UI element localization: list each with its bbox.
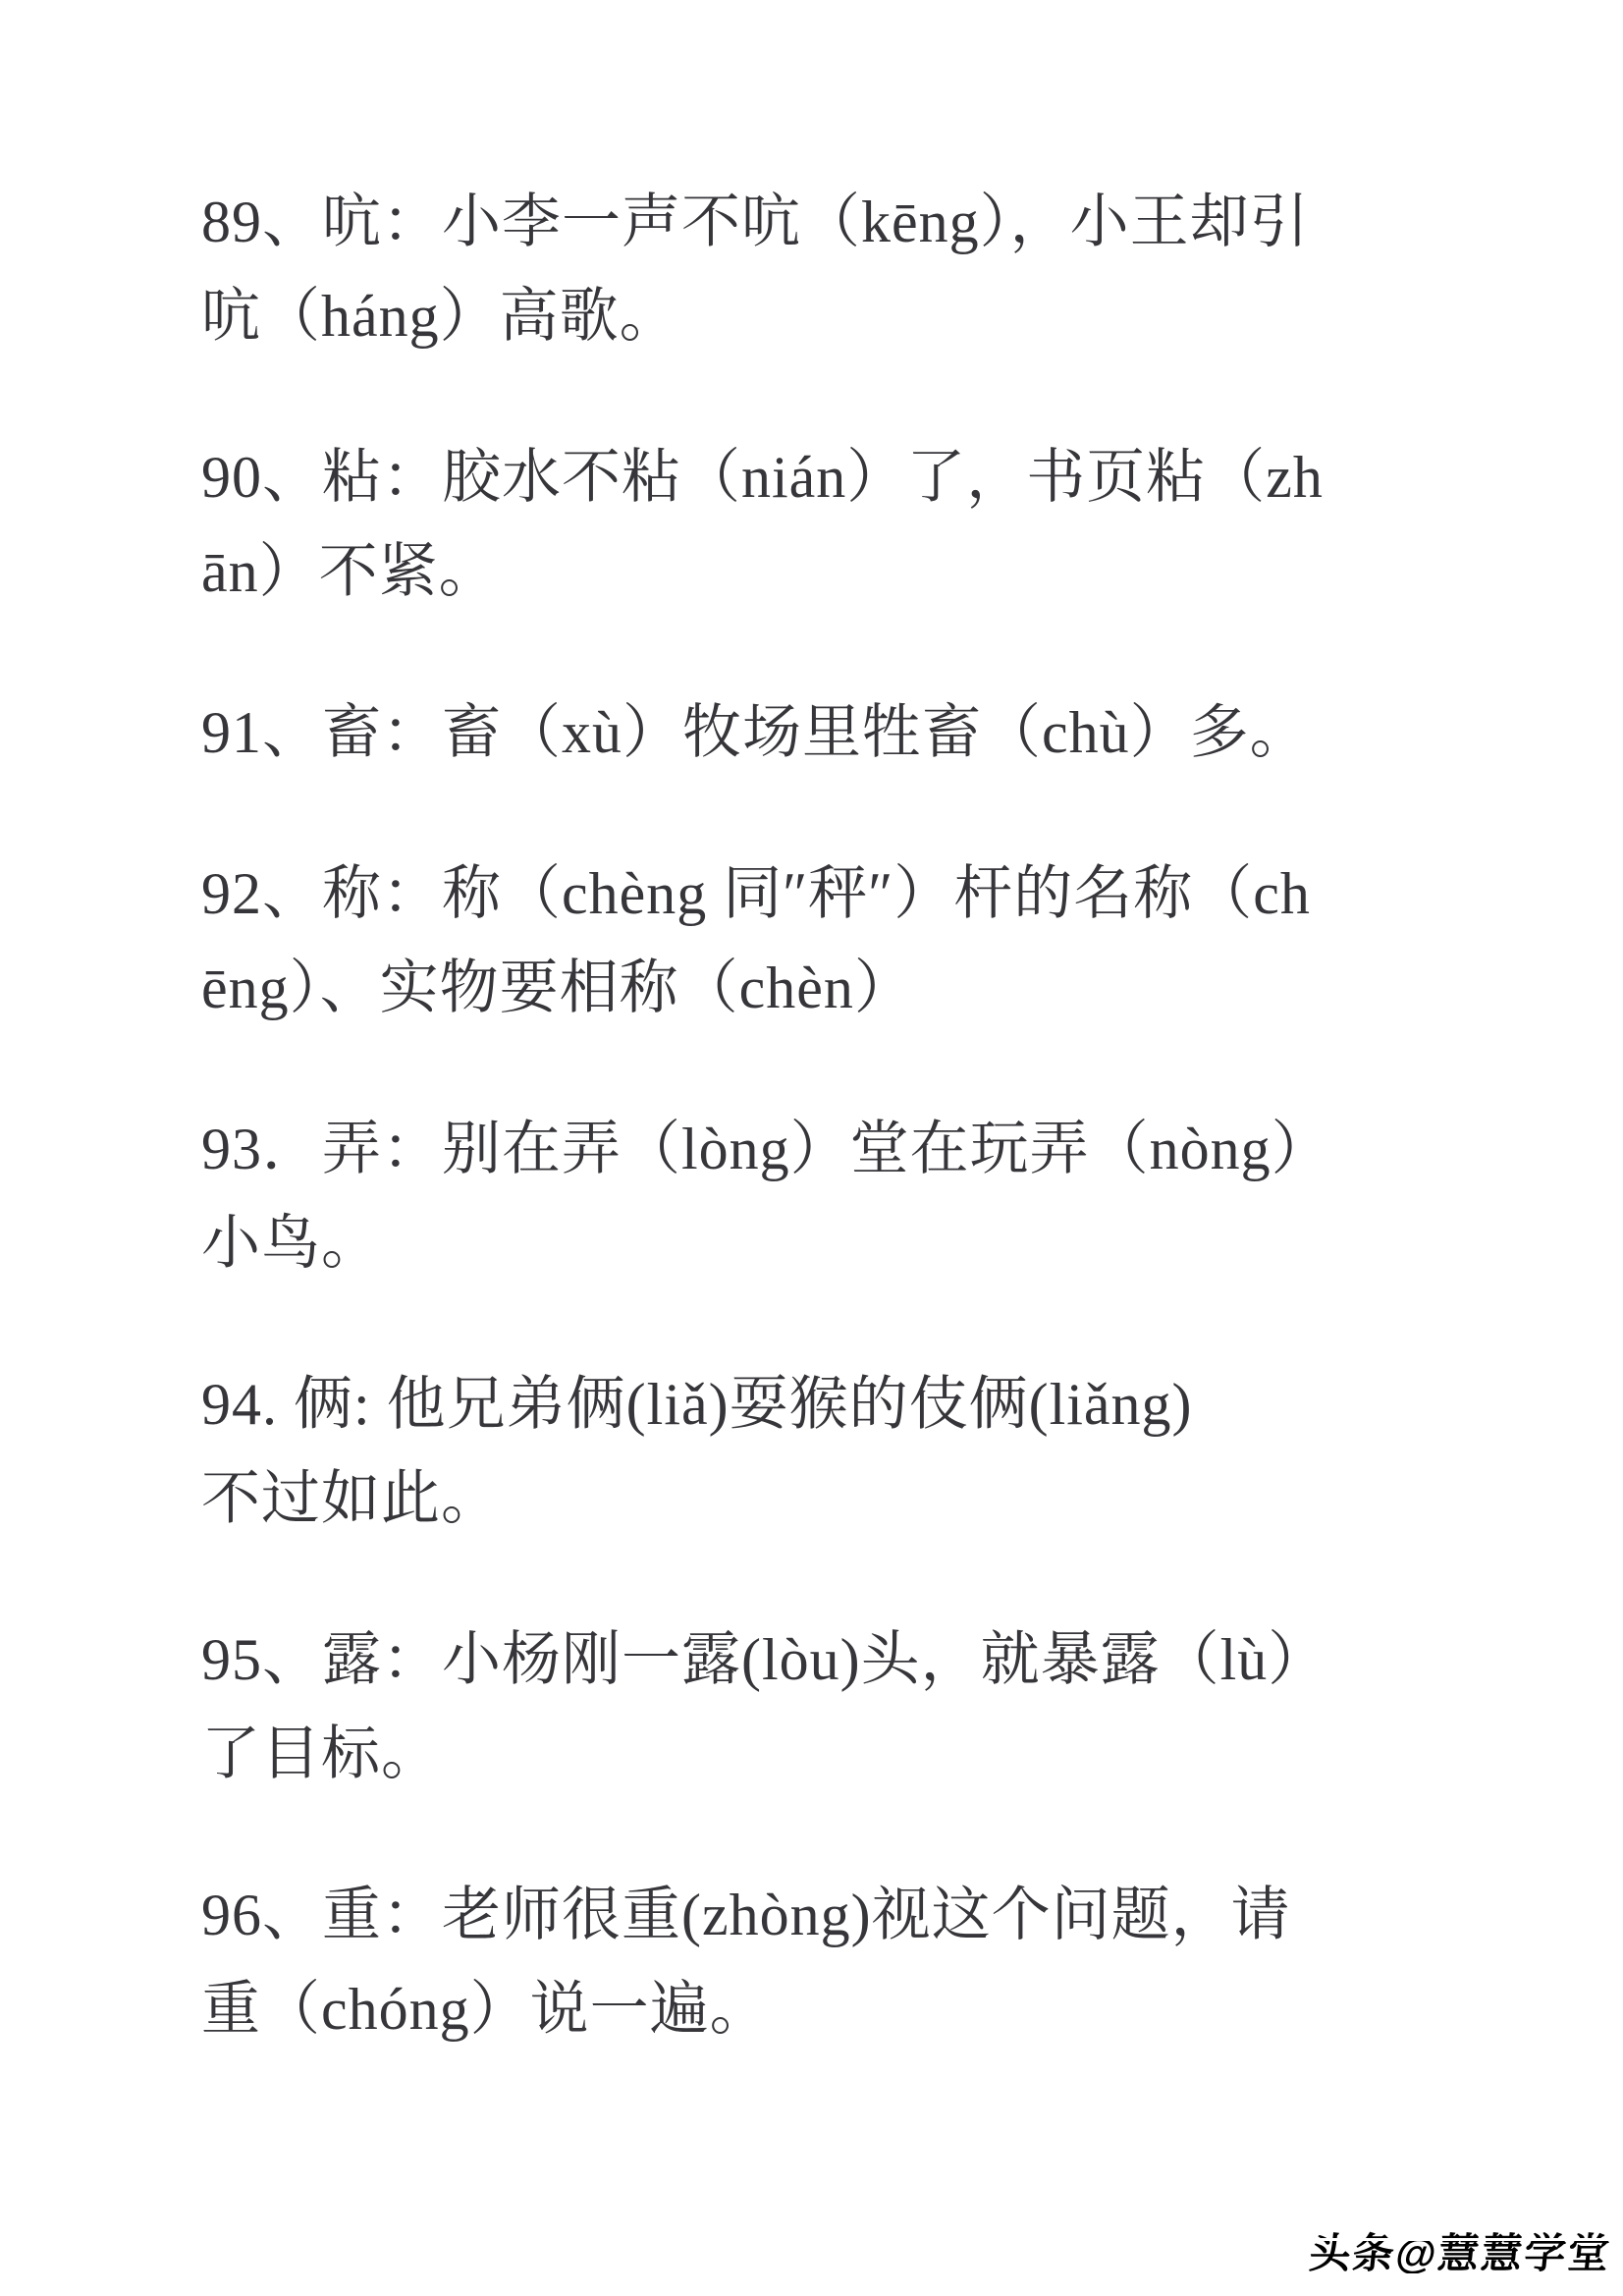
item-line: 不过如此。 (201, 1451, 1438, 1546)
list-item-93: 93．弄：别在弄（lòng）堂在玩弄（nòng） 小鸟。 (201, 1102, 1438, 1290)
list-item-96: 96、重：老师很重(zhòng)视这个问题，请 重（chóng）说一遍。 (201, 1868, 1438, 2056)
item-line: ēng）、实物要相称（chèn） (201, 941, 1438, 1035)
worksheet-page: 89、吭：小李一声不吭（kēng），小王却引 吭（háng）高歌。 90、粘：胶… (0, 0, 1623, 2296)
item-line: 95、露：小杨刚一露(lòu)头，就暴露（lù） (201, 1613, 1438, 1707)
toutiao-watermark: 头条@慧慧学堂 (1307, 2221, 1614, 2280)
polyphone-list: 89、吭：小李一声不吭（kēng），小王却引 吭（háng）高歌。 90、粘：胶… (201, 175, 1438, 2123)
list-item-89: 89、吭：小李一声不吭（kēng），小王却引 吭（háng）高歌。 (201, 175, 1438, 363)
item-line: 94. 俩: 他兄弟俩(liǎ)耍猴的伎俩(liǎng) (201, 1357, 1438, 1451)
item-line: 90、粘：胶水不粘（nián）了，书页粘（zh (201, 430, 1438, 524)
item-line: 96、重：老师很重(zhòng)视这个问题，请 (201, 1868, 1438, 1962)
list-item-90: 90、粘：胶水不粘（nián）了，书页粘（zh ān）不紧。 (201, 430, 1438, 619)
item-line: 91、畜：畜（xù）牧场里牲畜（chù）多。 (201, 685, 1438, 780)
item-line: 89、吭：小李一声不吭（kēng），小王却引 (201, 175, 1438, 269)
item-line: 92、称：称（chèng 同″秤″）杆的名称（ch (201, 847, 1438, 941)
list-item-95: 95、露：小杨刚一露(lòu)头，就暴露（lù） 了目标。 (201, 1613, 1438, 1801)
item-line: 小鸟。 (201, 1196, 1438, 1290)
item-line: 吭（háng）高歌。 (201, 269, 1438, 363)
list-item-94: 94. 俩: 他兄弟俩(liǎ)耍猴的伎俩(liǎng) 不过如此。 (201, 1357, 1438, 1546)
list-item-92: 92、称：称（chèng 同″秤″）杆的名称（ch ēng）、实物要相称（chè… (201, 847, 1438, 1035)
list-item-91: 91、畜：畜（xù）牧场里牲畜（chù）多。 (201, 685, 1438, 780)
item-line: ān）不紧。 (201, 524, 1438, 619)
item-line: 重（chóng）说一遍。 (201, 1962, 1438, 2056)
item-line: 93．弄：别在弄（lòng）堂在玩弄（nòng） (201, 1102, 1438, 1196)
item-line: 了目标。 (201, 1707, 1438, 1801)
